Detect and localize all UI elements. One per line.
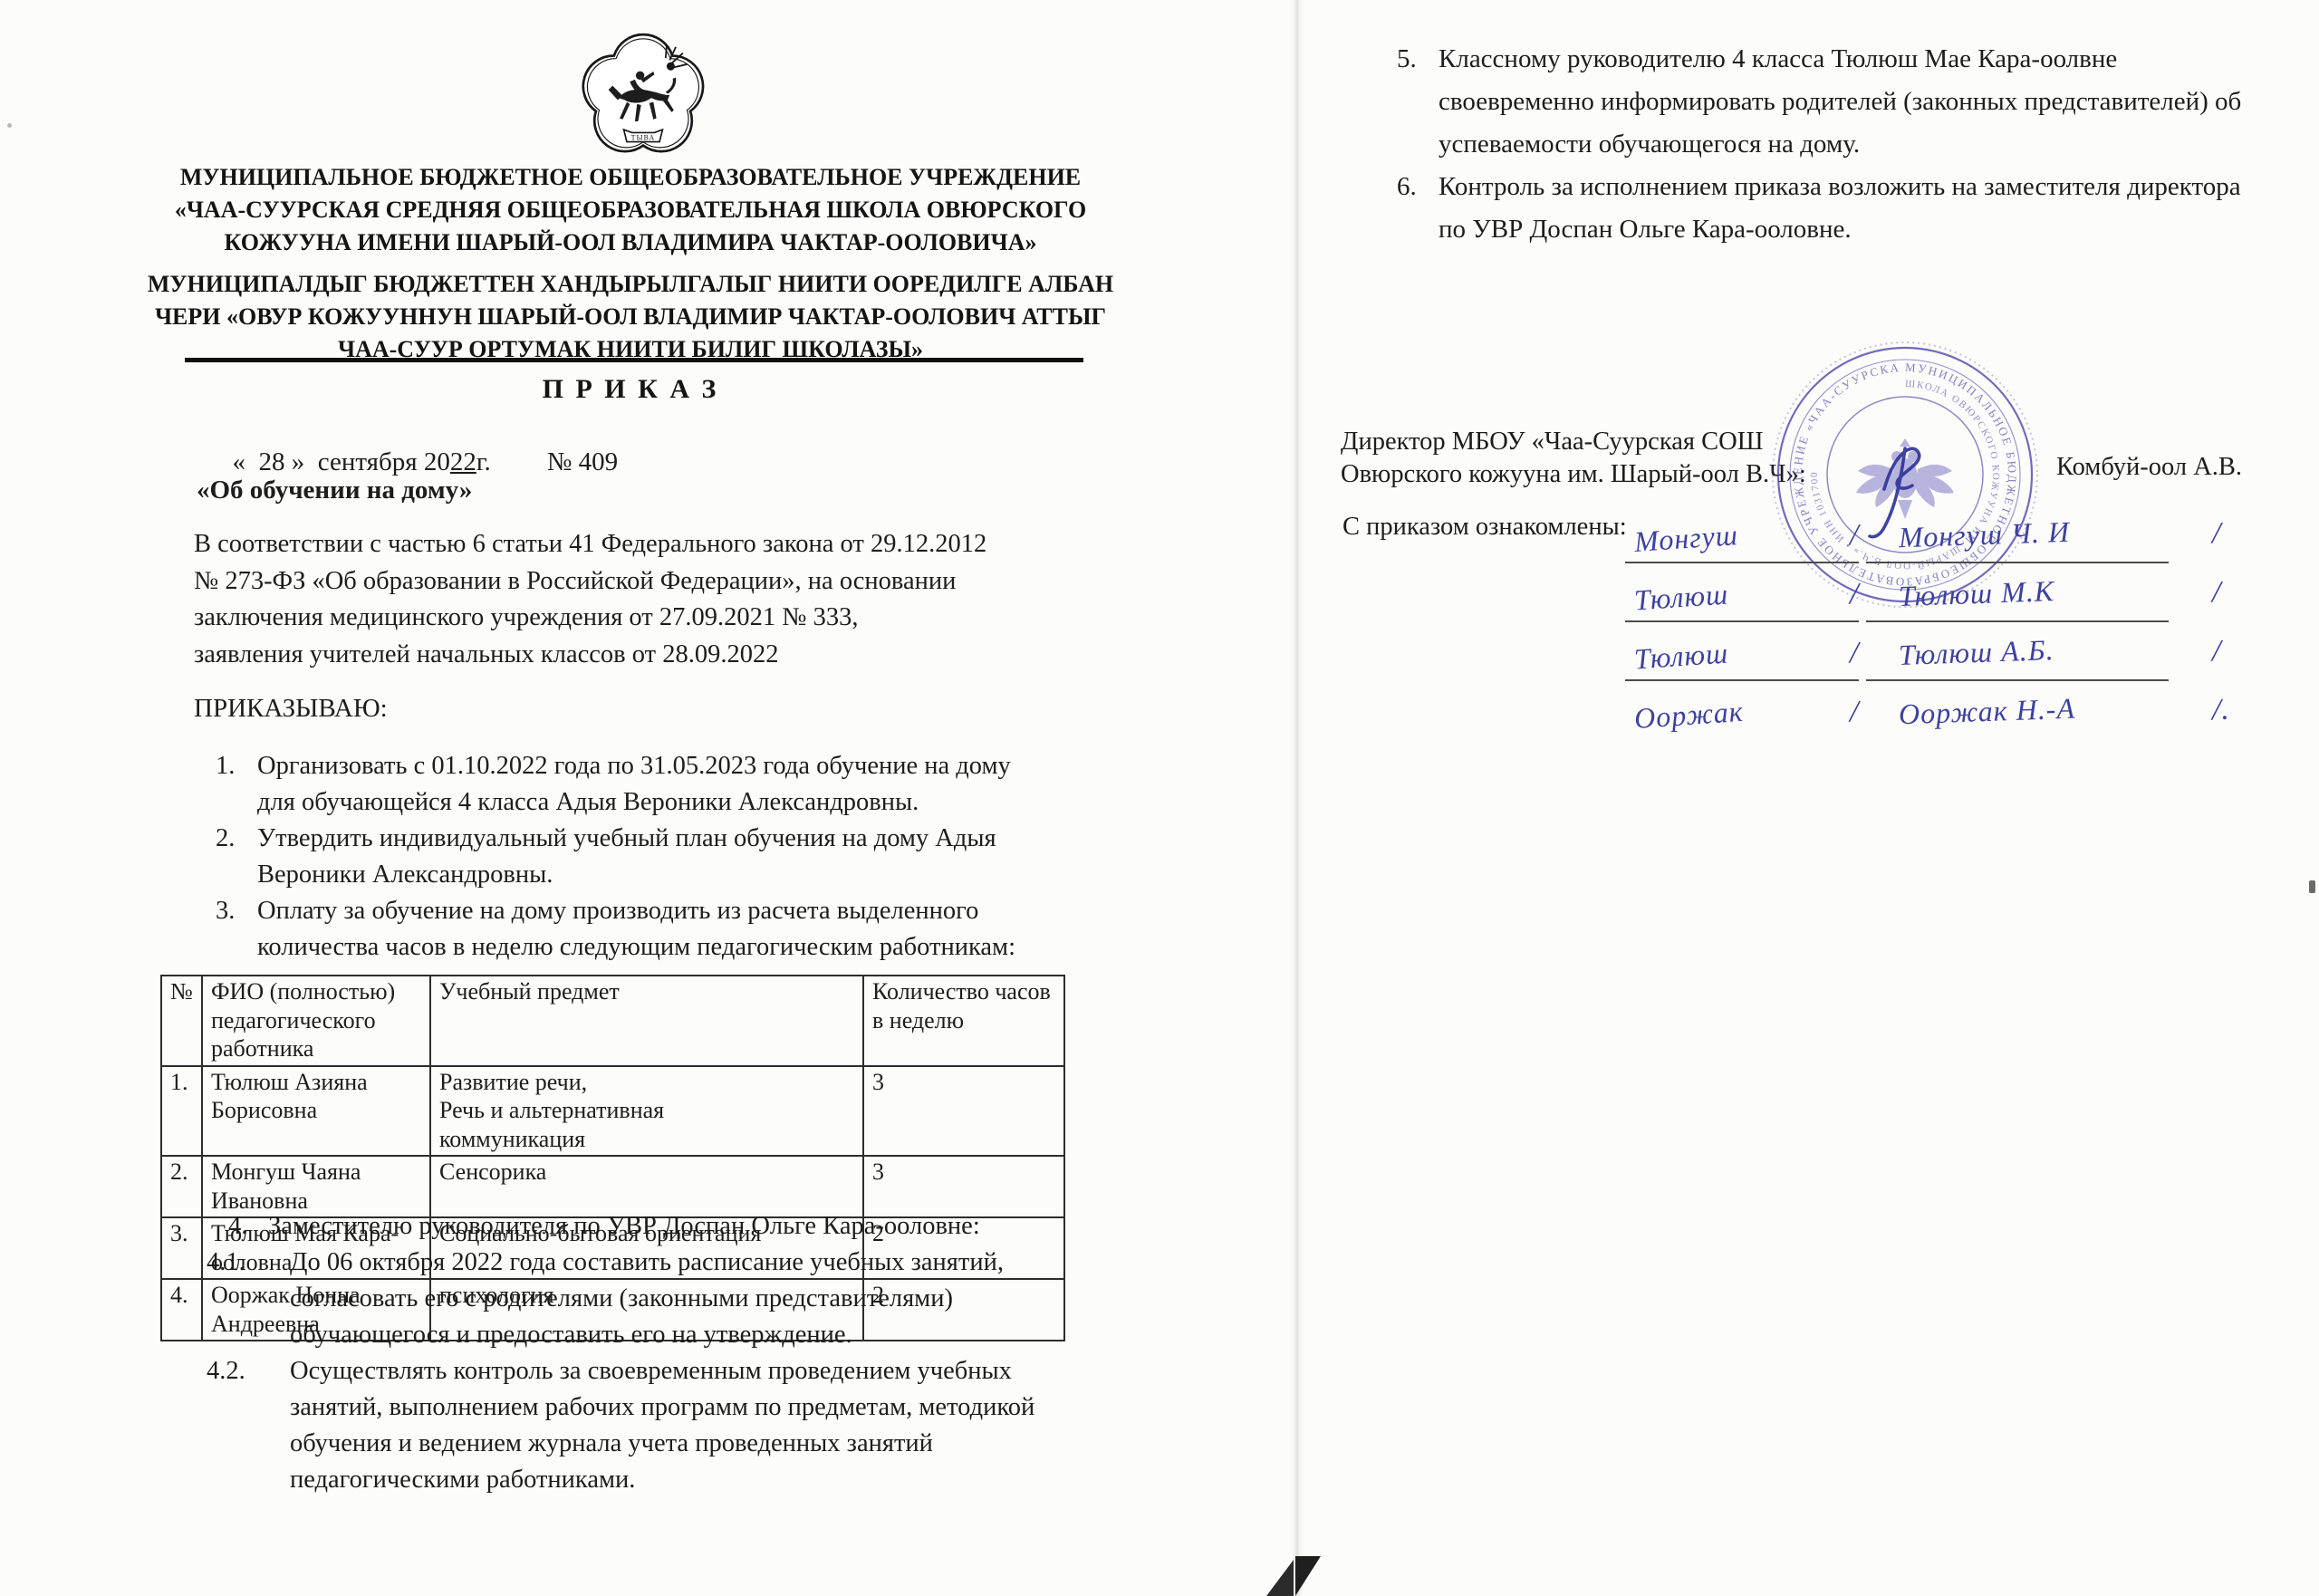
list-item-text: Классному руководителю 4 класса Тюлюш Ма… (1439, 38, 2241, 166)
acknowledgement-signatures: Монгуш / Монгуш Ч. И / Тюлюш / Тюлюш М.К… (1625, 516, 2277, 752)
col-header-subject: Учебный предмет (430, 976, 863, 1066)
list-item-text: Организовать с 01.10.2022 года по 31.05.… (257, 748, 1011, 821)
acknowledged-label: С приказом ознакомлены: (1342, 513, 1627, 542)
signature-row: Тюлюш / Тюлюш М.К / (1625, 575, 2277, 634)
col-header-name: ФИО (полностью) педагогического работник… (202, 976, 430, 1066)
list-item: 6. Контроль за исполнением приказа возло… (1397, 166, 2314, 251)
scan-corner-artifact (1266, 1560, 1294, 1596)
signature-slash: / (2212, 575, 2221, 610)
handwritten-surname: Монгуш (1633, 518, 1739, 559)
cell-number: 2. (161, 1156, 202, 1217)
cell-subject: Развитие речи, Речь и альтернативная ком… (430, 1066, 863, 1157)
list-item-number: 4. (228, 1208, 268, 1245)
org-name-tuvan: МУНИЦИПАЛДЫГ БЮДЖЕТТЕН ХАНДЫРЫЛГАЛЫГ НИИ… (136, 268, 1125, 366)
sub-list-item: 4.2. Осуществлять контроль за своевремен… (207, 1353, 1121, 1498)
director-name: Комбуй-оол А.В. (2056, 453, 2242, 482)
date-suffix: г. (476, 447, 491, 476)
page-right: 5. Классному руководителю 4 класса Тюлюш… (1299, 0, 2319, 1596)
preamble-paragraph: В соответствии с частью 6 статьи 41 Феде… (194, 526, 1100, 673)
page-left: ТЫВА МУНИЦИПАЛЬНОЕ БЮДЖЕТНОЕ ОБЩЕОБРАЗОВ… (0, 0, 1299, 1596)
order-number: № 409 (547, 447, 618, 476)
tyva-coat-of-arms-emblem: ТЫВА (582, 33, 705, 161)
date-prefix: « 28 » сентября 20 (233, 447, 450, 476)
sub-list-item: 4.1. До 06 октября 2022 года составить р… (207, 1245, 1121, 1353)
signature-slash: / (2212, 634, 2221, 668)
list-item-text: Утвердить индивидуальный учебный план об… (257, 821, 996, 893)
signature-underline (1625, 562, 1859, 563)
cell-name: Тюлюш Азияна Борисовна (202, 1066, 430, 1157)
scan-speck-artifact (7, 123, 12, 128)
list-item: 2. Утвердить индивидуальный учебный план… (216, 821, 1121, 893)
signature-slash: /. (2212, 693, 2230, 727)
list-item-4: 4. Заместителю руководителя по УВР Доспа… (228, 1208, 980, 1245)
sub-item-number: 4.1. (207, 1245, 290, 1353)
signature-slash: / (2212, 516, 2221, 551)
emblem-ribbon-label: ТЫВА (631, 133, 656, 141)
scan-speck-artifact (2309, 880, 2315, 893)
header-divider-rule (185, 358, 1083, 362)
handwritten-surname: Тюлюш (1633, 577, 1729, 617)
signature-row: Ооржак / Ооржак Н.-А /. (1625, 693, 2277, 752)
sub-item-number: 4.2. (207, 1353, 290, 1498)
signature-row: Тюлюш / Тюлюш А.Б. / (1625, 634, 2277, 693)
cell-number: 1. (161, 1066, 202, 1157)
list-item-number: 1. (216, 748, 257, 821)
order-subject: «Об обучении на дому» (197, 476, 472, 505)
list-item-number: 3. (216, 893, 257, 966)
signature-row: Монгуш / Монгуш Ч. И / (1625, 516, 2277, 575)
director-signature-label: Директор МБОУ «Чаа-Суурская СОШ Овюрског… (1341, 426, 1806, 491)
scan-corner-artifact (1295, 1556, 1321, 1596)
list-item: 3. Оплату за обучение на дому производит… (216, 893, 1121, 966)
list-item-number: 2. (216, 821, 257, 893)
scanned-order-document: ТЫВА МУНИЦИПАЛЬНОЕ БЮДЖЕТНОЕ ОБЩЕОБРАЗОВ… (0, 0, 2319, 1596)
signature-underline (1625, 679, 1859, 681)
signature-slash: / (1850, 518, 1859, 553)
list-item: 1. Организовать с 01.10.2022 года по 31.… (216, 748, 1121, 821)
list-item-text: Оплату за обучение на дому производить и… (257, 893, 1015, 966)
list-item-number: 6. (1397, 166, 1439, 251)
handwritten-name-initials: Монгуш Ч. И (1898, 515, 2070, 555)
col-header-hours: Количество часов в неделю (863, 976, 1064, 1066)
order-items-1-3: 1. Организовать с 01.10.2022 года по 31.… (216, 748, 1121, 966)
signature-underline (1866, 562, 2169, 563)
list-item-number: 5. (1397, 38, 1439, 166)
signature-underline (1866, 620, 2169, 622)
document-title: П Р И К А З (136, 374, 1125, 405)
cell-hours: 3 (863, 1066, 1064, 1157)
sub-items-4-1-4-2: 4.1. До 06 октября 2022 года составить р… (207, 1245, 1121, 1498)
date-year-handfilled: 22 (450, 447, 476, 476)
table-row: 1. Тюлюш Азияна Борисовна Развитие речи,… (161, 1066, 1064, 1157)
signature-slash: / (1850, 577, 1859, 611)
resolve-label: ПРИКАЗЫВАЮ: (194, 694, 388, 724)
signature-underline (1625, 620, 1859, 622)
cell-number: 4. (161, 1279, 202, 1341)
signature-slash: / (1850, 695, 1859, 729)
handwritten-surname: Тюлюш (1633, 636, 1729, 676)
signature-slash: / (1850, 636, 1859, 670)
org-name-russian: МУНИЦИПАЛЬНОЕ БЮДЖЕТНОЕ ОБЩЕОБРАЗОВАТЕЛЬ… (136, 161, 1125, 259)
list-item: 5. Классному руководителю 4 класса Тюлюш… (1397, 38, 2314, 166)
handwritten-surname: Ооржак (1633, 695, 1745, 736)
cell-number: 3. (161, 1217, 202, 1279)
table-header-row: № ФИО (полностью) педагогического работн… (161, 976, 1064, 1066)
list-item-text: Контроль за исполнением приказа возложит… (1439, 166, 2241, 251)
col-header-number: № (161, 976, 202, 1066)
list-item-text: Заместителю руководителя по УВР Доспан О… (268, 1208, 980, 1245)
handwritten-name-initials: Тюлюш А.Б. (1898, 633, 2054, 672)
page-fold-shadow (1292, 0, 1304, 1596)
sub-item-text: Осуществлять контроль за своевременным п… (290, 1353, 1034, 1498)
handwritten-name-initials: Ооржак Н.-А (1898, 692, 2075, 732)
order-items-5-6: 5. Классному руководителю 4 класса Тюлюш… (1397, 38, 2314, 251)
signature-underline (1866, 679, 2169, 681)
sub-item-text: До 06 октября 2022 года составить распис… (290, 1245, 1004, 1353)
handwritten-name-initials: Тюлюш М.К (1898, 574, 2054, 613)
